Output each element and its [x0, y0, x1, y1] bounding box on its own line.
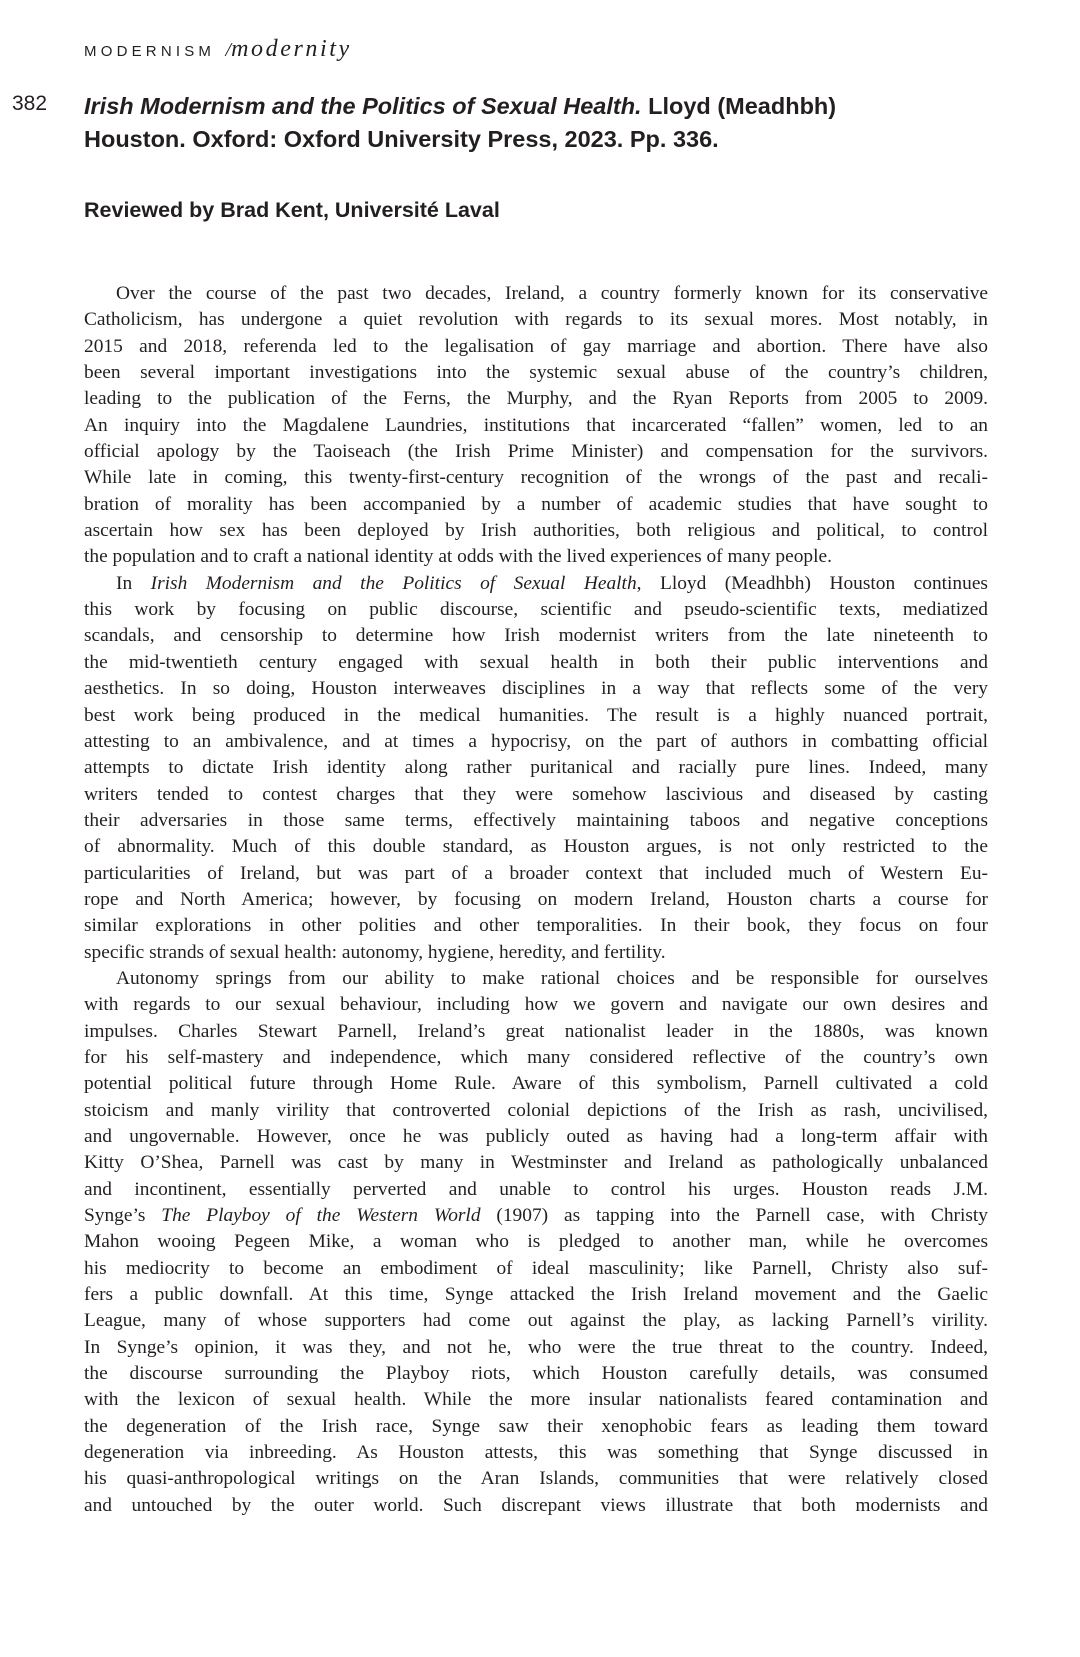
text-line: the discourse surrounding the Playboy ri… — [84, 1361, 988, 1387]
text-line: stoicism and manly virility that controv… — [84, 1098, 988, 1124]
italic-work-title: The Playboy of the Western World — [161, 1205, 480, 1226]
text-line: Kitty O’Shea, Parnell was cast by many i… — [84, 1150, 988, 1176]
journal-name-italic: modernity — [231, 36, 352, 62]
text-line: aesthetics. In so doing, Houston interwe… — [84, 676, 988, 702]
book-author: Lloyd (Meadhbh) — [642, 93, 837, 119]
text-line: particularities of Ireland, but was part… — [84, 861, 988, 887]
text-segment: (1907) as tapping into the Parnell case,… — [481, 1205, 988, 1226]
book-citation: Irish Modernism and the Politics of Sexu… — [84, 90, 1024, 156]
text-line: potential political future through Home … — [84, 1071, 988, 1097]
book-title: Irish Modernism and the Politics of Sexu… — [84, 93, 642, 119]
text-line: Synge’s The Playboy of the Western World… — [84, 1203, 988, 1229]
text-line: degeneration via inbreeding. As Houston … — [84, 1440, 988, 1466]
text-line: official apology by the Taoiseach (the I… — [84, 439, 988, 465]
text-segment: Synge’s — [84, 1205, 161, 1226]
text-line: with the lexicon of sexual health. While… — [84, 1387, 988, 1413]
text-segment: , Lloyd (Meadhbh) Houston continues — [637, 573, 988, 594]
text-line: his mediocrity to become an embodiment o… — [84, 1256, 988, 1282]
text-line: 2015 and 2018, referenda led to the lega… — [84, 334, 988, 360]
text-line: scandals, and censorship to determine ho… — [84, 623, 988, 649]
text-line: League, many of whose supporters had com… — [84, 1308, 988, 1334]
text-line: writers tended to contest charges that t… — [84, 782, 988, 808]
text-line: the mid-twentieth century engaged with s… — [84, 650, 988, 676]
page-number: 382 — [12, 92, 47, 116]
reviewer-byline: Reviewed by Brad Kent, Université Laval — [84, 198, 500, 223]
text-line: been several important investigations in… — [84, 360, 988, 386]
text-line: the degeneration of the Irish race, Syng… — [84, 1414, 988, 1440]
text-line: and ungovernable. However, once he was p… — [84, 1124, 988, 1150]
text-segment: In — [116, 573, 151, 594]
text-line: fers a public downfall. At this time, Sy… — [84, 1282, 988, 1308]
text-line: ascertain how sex has been deployed by I… — [84, 518, 988, 544]
text-line: the population and to craft a national i… — [84, 544, 988, 570]
text-line: his quasi-anthropological writings on th… — [84, 1466, 988, 1492]
text-line: attempts to dictate Irish identity along… — [84, 755, 988, 781]
text-line: with regards to our sexual behaviour, in… — [84, 992, 988, 1018]
text-line: In Synge’s opinion, it was they, and not… — [84, 1335, 988, 1361]
text-line: Autonomy springs from our ability to mak… — [84, 966, 988, 992]
text-line: best work being produced in the medical … — [84, 703, 988, 729]
text-line: Mahon wooing Pegeen Mike, a woman who is… — [84, 1229, 988, 1255]
text-line: bration of morality has been accompanied… — [84, 492, 988, 518]
text-line: impulses. Charles Stewart Parnell, Irela… — [84, 1019, 988, 1045]
text-line: this work by focusing on public discours… — [84, 597, 988, 623]
citation-line-1: Irish Modernism and the Politics of Sexu… — [84, 90, 1024, 123]
text-line: An inquiry into the Magdalene Laundries,… — [84, 413, 988, 439]
review-body: Over the course of the past two decades,… — [84, 281, 988, 1519]
text-line: In Irish Modernism and the Politics of S… — [84, 571, 988, 597]
text-line: similar explorations in other polities a… — [84, 913, 988, 939]
text-line: for his self-mastery and independence, w… — [84, 1045, 988, 1071]
citation-line-2: Houston. Oxford: Oxford University Press… — [84, 123, 1024, 156]
text-line: While late in coming, this twenty-first-… — [84, 465, 988, 491]
text-line: of abnormality. Much of this double stan… — [84, 834, 988, 860]
text-line: and untouched by the outer world. Such d… — [84, 1493, 988, 1519]
journal-name-caps: MODERNISM — [84, 43, 215, 60]
italic-work-title: Irish Modernism and the Politics of Sexu… — [151, 573, 637, 594]
text-line: and incontinent, essentially perverted a… — [84, 1177, 988, 1203]
text-line: Over the course of the past two decades,… — [84, 281, 988, 307]
text-line: leading to the publication of the Ferns,… — [84, 386, 988, 412]
text-line: specific strands of sexual health: auton… — [84, 940, 988, 966]
text-line: Catholicism, has undergone a quiet revol… — [84, 307, 988, 333]
running-head: MODERNISM /modernity — [84, 36, 352, 63]
text-line: rope and North America; however, by focu… — [84, 887, 988, 913]
text-line: their adversaries in those same terms, e… — [84, 808, 988, 834]
text-line: attesting to an ambivalence, and at time… — [84, 729, 988, 755]
